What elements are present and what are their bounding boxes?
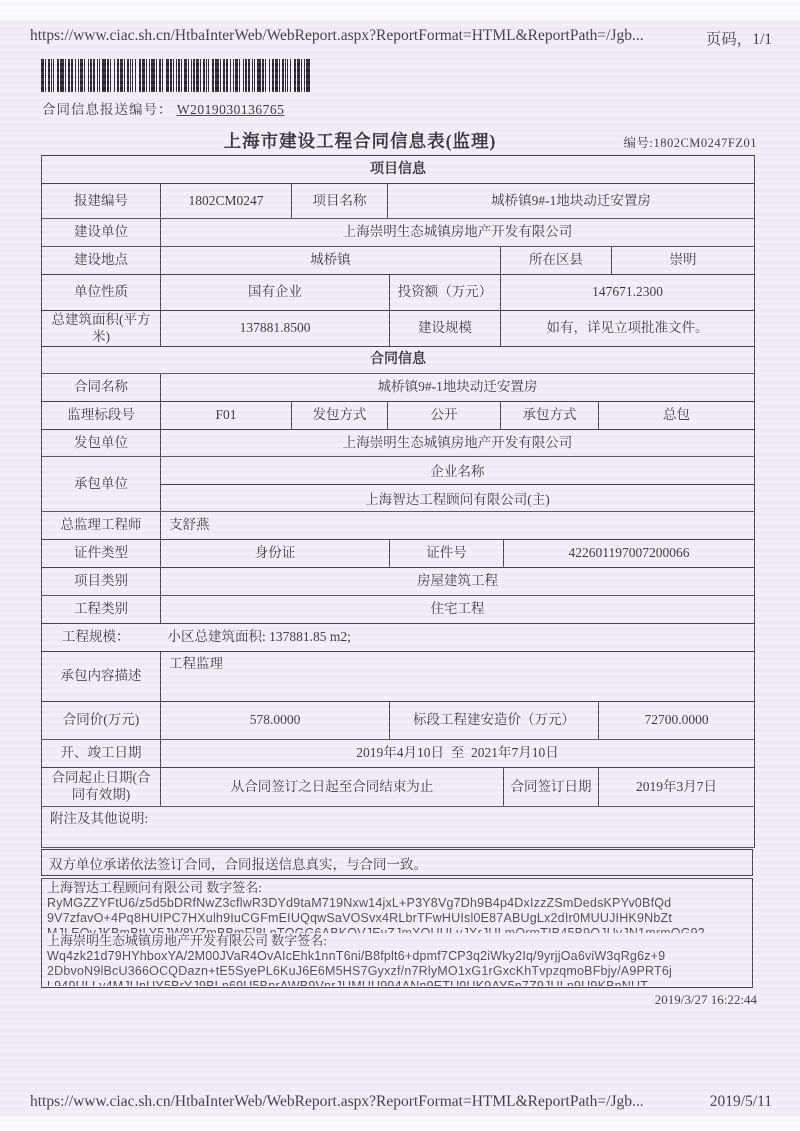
field-value: 支舒燕 [161, 512, 754, 539]
field-label: 建设单位 [42, 219, 161, 246]
section-title-contract-info: 合同信息 [42, 347, 754, 373]
field-value: 身份证 [161, 540, 390, 567]
field-label: 所在区县 [501, 247, 612, 274]
field-label: 承包内容描述 [42, 652, 161, 701]
table-row: 发包单位 上海崇明生态城镇房地产开发有限公司 [42, 430, 754, 457]
footer-url: https://www.ciac.sh.cn/HtbaInterWeb/WebR… [30, 1093, 644, 1111]
field-value: 147671.2300 [501, 275, 754, 310]
field-value: 崇明 [612, 247, 754, 274]
field-label: 合同名称 [42, 374, 161, 401]
table-row: 工程类别 住宅工程 [42, 596, 754, 624]
field-value: 如有，详见立项批准文件。 [501, 311, 754, 346]
field-label: 工程规模： [50, 629, 130, 646]
print-header: https://www.ciac.sh.cn/HtbaInterWeb/WebR… [30, 27, 772, 49]
field-value: 1802CM0247 [161, 184, 292, 218]
scan-edge-bottom [0, 1117, 800, 1131]
declaration-box: 双方单位承诺依法签订合同，合同报送信息真实，与合同一致。 [41, 849, 753, 876]
table-row: 开、竣工日期 2019年4月10日 至 2021年7月10日 [42, 740, 754, 768]
section-row-contract-info: 合同信息 [42, 347, 754, 374]
document-number: 编号:1802CM0247FZ01 [623, 133, 757, 151]
field-value: 137881.8500 [161, 311, 390, 346]
table-row: 建设地点 城桥镇 所在区县 崇明 [42, 247, 754, 275]
signature-hash-line-clipped: L949ULLv4MJUnUY5BrYJ9BLn69U5BnrAWB9VnrJU… [47, 979, 747, 986]
field-value: 房屋建筑工程 [161, 568, 754, 595]
signature-hash-line: 2DbvoN9lBcU366OCQDazn+tE5SyePL6KuJ6E6M5H… [47, 964, 747, 979]
field-value: 422601197007200066 [504, 540, 754, 567]
field-label: 建设规模 [390, 311, 501, 346]
barcode [41, 59, 311, 92]
field-label: 单位性质 [42, 275, 161, 310]
header-page-number: 页码，1/1 [706, 27, 772, 49]
table-row: 承包内容描述 工程监理 [42, 652, 754, 702]
field-label: 开、竣工日期 [42, 740, 161, 767]
field-value: 城桥镇9#-1地块动迁安置房 [388, 184, 754, 218]
field-label: 监理标段号 [42, 402, 161, 429]
signature-hash-line: Wq4zk21d79HYhboxYA/2M00JVaR4OvAIcEhk1nnT… [47, 949, 747, 964]
signature-hash-line: 9V7zfavO+4Pq8HUIPC7HXulh9IuCGFmEIUQqwSaV… [47, 911, 747, 926]
print-timestamp: 2019/3/27 16:22:44 [655, 992, 757, 1008]
page-title: 上海市建设工程合同信息表(监理) [0, 128, 720, 153]
contract-info-table: 项目信息 报建编号 1802CM0247 项目名称 城桥镇9#-1地块动迁安置房… [41, 155, 755, 848]
signature-hash-line-clipped: MJLEQvJKBmBtLY5JW8VZmBBmFl8LnTQGG6ABKQVJ… [47, 926, 747, 933]
scan-edge-top [0, 0, 800, 20]
field-label: 项目类别 [42, 568, 161, 595]
submission-number-value: W2019030136765 [177, 102, 285, 117]
field-value: 上海崇明生态城镇房地产开发有限公司 [161, 219, 754, 246]
field-value: 公开 [388, 402, 501, 429]
table-row-notes: 附注及其他说明: [42, 807, 754, 847]
table-row: 合同起止日期(合同有效期) 从合同签订之日起至合同结束为止 合同签订日期 201… [42, 768, 754, 807]
table-row: 合同价(万元) 578.0000 标段工程建安造价（万元） 72700.0000 [42, 702, 754, 740]
field-label: 合同价(万元) [42, 702, 161, 739]
field-value: 总包 [599, 402, 754, 429]
table-row-project-scale: 工程规模： 小区总建筑面积: 137881.85 m2; [42, 624, 754, 652]
field-value: 工程监理 [161, 652, 754, 701]
print-footer: https://www.ciac.sh.cn/HtbaInterWeb/WebR… [30, 1093, 772, 1111]
table-row: 单位性质 国有企业 投资额（万元） 147671.2300 [42, 275, 754, 311]
field-label: 发包单位 [42, 430, 161, 456]
field-label: 项目名称 [292, 184, 388, 218]
field-label: 企业名称 [161, 457, 754, 485]
field-value: 国有企业 [161, 275, 390, 310]
field-label: 发包方式 [292, 402, 388, 429]
field-label: 报建编号 [42, 184, 161, 218]
field-label: 建设地点 [42, 247, 161, 274]
field-label: 承包方式 [501, 402, 599, 429]
field-label: 工程类别 [42, 596, 161, 623]
field-label: 总监理工程师 [42, 512, 161, 539]
field-label: 证件类型 [42, 540, 161, 567]
field-label: 合同起止日期(合同有效期) [42, 768, 161, 806]
field-value: 72700.0000 [599, 702, 754, 739]
table-row: 建设单位 上海崇明生态城镇房地产开发有限公司 [42, 219, 754, 247]
field-value: F01 [161, 402, 292, 429]
header-url: https://www.ciac.sh.cn/HtbaInterWeb/WebR… [30, 27, 644, 49]
table-row: 报建编号 1802CM0247 项目名称 城桥镇9#-1地块动迁安置房 [42, 184, 754, 219]
submission-number-label: 合同信息报送编号： [42, 102, 173, 117]
contractor-subtable: 企业名称 上海智达工程顾问有限公司(主) [161, 457, 754, 511]
field-combined: 工程规模： 小区总建筑面积: 137881.85 m2; [42, 624, 754, 651]
field-value: 上海智达工程顾问有限公司(主) [161, 485, 754, 512]
field-value: 578.0000 [161, 702, 390, 739]
field-value: 小区总建筑面积: 137881.85 m2; [168, 629, 351, 646]
digital-signature-box: 上海智达工程顾问有限公司 数字签名: RyMGZZYFtU6/z5d5bDRfN… [41, 878, 753, 988]
field-label: 总建筑面积(平方米) [42, 311, 161, 346]
signature-company-2: 上海崇明生态城镇房地产开发有限公司 数字签名: [47, 933, 747, 949]
table-row: 总建筑面积(平方米) 137881.8500 建设规模 如有，详见立项批准文件。 [42, 311, 754, 347]
field-label: 承包单位 [42, 457, 161, 511]
field-value: 住宅工程 [161, 596, 754, 623]
field-value: 上海崇明生态城镇房地产开发有限公司 [161, 430, 754, 456]
field-label: 标段工程建安造价（万元） [390, 702, 599, 739]
section-row-project-info: 项目信息 [42, 156, 754, 184]
section-title-project-info: 项目信息 [42, 156, 754, 183]
submission-number-line: 合同信息报送编号： W2019030136765 [42, 98, 284, 118]
field-label: 合同签订日期 [504, 768, 599, 806]
table-row: 证件类型 身份证 证件号 422601197007200066 [42, 540, 754, 568]
field-value: 2019年3月7日 [599, 768, 754, 806]
table-row: 项目类别 房屋建筑工程 [42, 568, 754, 596]
field-label: 证件号 [390, 540, 504, 567]
declaration-text: 双方单位承诺依法签订合同，合同报送信息真实，与合同一致。 [49, 853, 427, 873]
field-value: 2019年4月10日 至 2021年7月10日 [161, 740, 754, 767]
table-row: 监理标段号 F01 发包方式 公开 承包方式 总包 [42, 402, 754, 430]
field-label: 投资额（万元） [390, 275, 501, 310]
table-row: 合同名称 城桥镇9#-1地块动迁安置房 [42, 374, 754, 402]
table-row-contractor: 承包单位 企业名称 上海智达工程顾问有限公司(主) [42, 457, 754, 512]
field-value: 城桥镇 [161, 247, 501, 274]
field-value: 从合同签订之日起至合同结束为止 [161, 768, 504, 806]
notes-label: 附注及其他说明: [42, 807, 754, 847]
table-row: 总监理工程师 支舒燕 [42, 512, 754, 540]
signature-company-1: 上海智达工程顾问有限公司 数字签名: [47, 880, 747, 896]
footer-date: 2019/5/11 [710, 1093, 772, 1111]
field-value: 城桥镇9#-1地块动迁安置房 [161, 374, 754, 401]
signature-hash-line: RyMGZZYFtU6/z5d5bDRfNwZ3cflwR3DYd9taM719… [47, 896, 747, 911]
